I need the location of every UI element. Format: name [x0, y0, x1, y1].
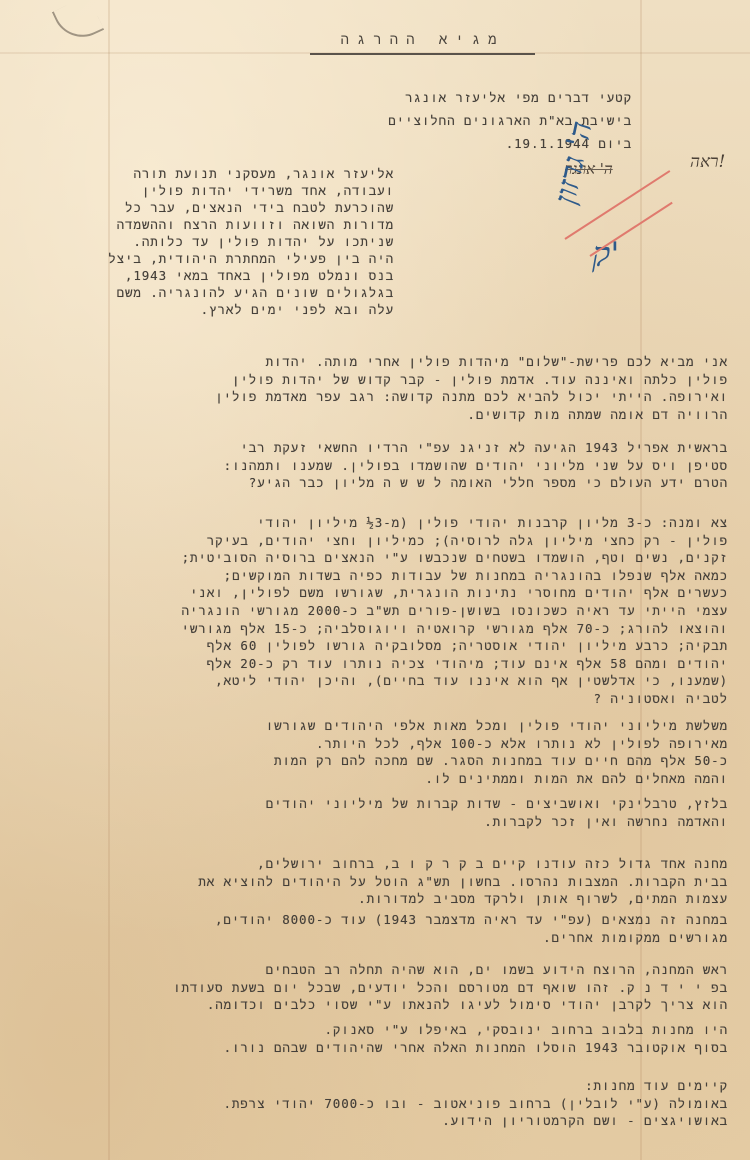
body-line: מאירופה לפולין לא נותרו אלא כ-100 אלף, ל…: [316, 736, 728, 752]
body-line: כ-50 אלף מהם חיים עוד במחנות הסגר. שם מח…: [274, 753, 728, 769]
body-line: במחנה זה נמצאים (עפ"י עד ראיה מדצמבר 194…: [215, 912, 728, 928]
body-line: (שמענו, כי אדלשטין אף הוא איננו עוד בחיי…: [215, 673, 728, 689]
body-line: בראשית אפריל 1943 הגיעה לא זניגנ עפ"י הר…: [240, 440, 728, 456]
body-line: באושויגצים - ושם הקרמטוריון הידוע.: [442, 1113, 728, 1129]
bio-line: מדורות השואה וזוועות הרצח וההשמדה: [117, 217, 394, 233]
body-line: ואירופה. הייתי יכול להביא לכם מתנה קדושה…: [215, 389, 728, 405]
bio-line: ועבודה, אחד משרידי יהדות פולין: [142, 183, 394, 199]
bio-line: שניתכו על יהדות פולין עד כלותה.: [133, 234, 394, 250]
bio-line: בנס ונמלט מפולין באחד במאי 1943,: [125, 268, 394, 284]
body-line: בבית הקברות. המצבות נהרסו. בחשון תש"ג הו…: [198, 874, 728, 890]
document-title: מגיא ההרגה: [310, 32, 535, 55]
body-line: ראש המחנה, הרוצח הידוע בשמו ים, הוא שהיה…: [266, 962, 728, 978]
body-line: מגורשים ממקומות אחרים.: [543, 930, 728, 946]
handwritten-margin-note: ראה!: [690, 152, 725, 172]
bio-line: עלה ובא לפני ימים לארץ.: [201, 302, 394, 318]
body-line: והאדמה נחרשה ואין זכר לקברות.: [484, 814, 728, 830]
body-line: כמאה אלף שנפלו בהונגריה במחנות של עבודות…: [224, 568, 728, 584]
body-line: הרוויה דם אומה שמתה מות קדושים.: [467, 407, 728, 423]
handwritten-blue-initial: ק': [592, 235, 620, 275]
body-line: יהודים ומהם 58 אלף אינם עוד; מיהודי צכיה…: [207, 656, 728, 672]
body-line: זקנים, נשים וטף, הושמדו בשטחים שנכבשו ע"…: [182, 550, 728, 566]
bio-line: שהוכרעת לטבח בידי הנאצים, עבר כל: [125, 200, 394, 216]
body-line: משלשת מיליוני יהודי פולין ומכל מאות אלפי…: [266, 718, 728, 734]
body-line: והמה מאחלים להם את המות וממתינים לו.: [425, 771, 728, 787]
bio-line: בגלגולים שונים הגיע להונגריה. משם: [117, 285, 394, 301]
body-line: צא ומנה: כ-3 מליון קרבנות יהודי פולין (מ…: [257, 515, 728, 531]
body-line: הוא צריך לקרבן יהודי סימול לעיגו להנאתו …: [207, 997, 728, 1013]
body-line: אני מביא לכם פרישת-"שלום" מיהדות פולין א…: [266, 354, 728, 370]
bio-line: אליעזר אונגר, מעסקני תנועת תורה: [133, 166, 394, 182]
body-line: פולין כלתה ואיננה עוד. אדמת פולין - קבר …: [232, 372, 728, 388]
body-line: כעשרים אלף יהודים מחוסרי נתינות הונגרית,…: [190, 585, 728, 601]
body-line: והוצאו להורג; כ-70 אלף מגורשי קרואטיה וי…: [181, 621, 728, 637]
body-line: עצמי הייתי עד ראיה כשכונסו בשושן-פורים ת…: [182, 603, 728, 619]
body-line: לטביה ואסטוניה ?: [594, 691, 729, 707]
body-line: תבקיה; כרבע מיליון יהודי אוסטריה; מסלובק…: [207, 638, 728, 654]
typed-document: מגיא ההרגה קטעי דברים מפי אליעזר אונגר ב…: [0, 0, 750, 1160]
header-line: קטעי דברים מפי אליעזר אונגר: [405, 90, 632, 106]
body-line: היו מחנות בלבוב ברחוב ינובסקי, באיפלו ע"…: [324, 1022, 728, 1038]
body-line: בפ י י ד נ ק. זהו שואף דם מטורסם והכל יו…: [173, 980, 728, 996]
body-line: הטרם ידע העולם כי מספר חללי האומה ל ש ש …: [249, 475, 728, 491]
body-line: פולין - רק כחצי מיליון גלה לרוסיה); כמיל…: [207, 533, 728, 549]
body-line: בסוף אוקטובר 1943 הוסלו המחנות האלה אחרי…: [224, 1040, 728, 1056]
bio-line: היה בין פעילי המחתרת היהודית, ביצל: [108, 251, 394, 267]
body-line: באומולה (ע"י לובלין) ברחוב פוניאטוב - וב…: [223, 1096, 728, 1112]
body-line: קיימים עוד מחנות:: [585, 1078, 728, 1094]
body-line: עצמות המתים, לשרוף אותן ולרקד מסביב למדו…: [358, 891, 728, 907]
body-line: סטיפן ויס על שני מליוני יהודים שהושמדו ב…: [224, 458, 728, 474]
body-line: מחנה אחד גדול כזה עודנו קיים ב ק ר ק ו ב…: [257, 856, 728, 872]
body-line: בלזץ, טרבלינקי ואושביצים - שדות קברות של…: [266, 796, 728, 812]
